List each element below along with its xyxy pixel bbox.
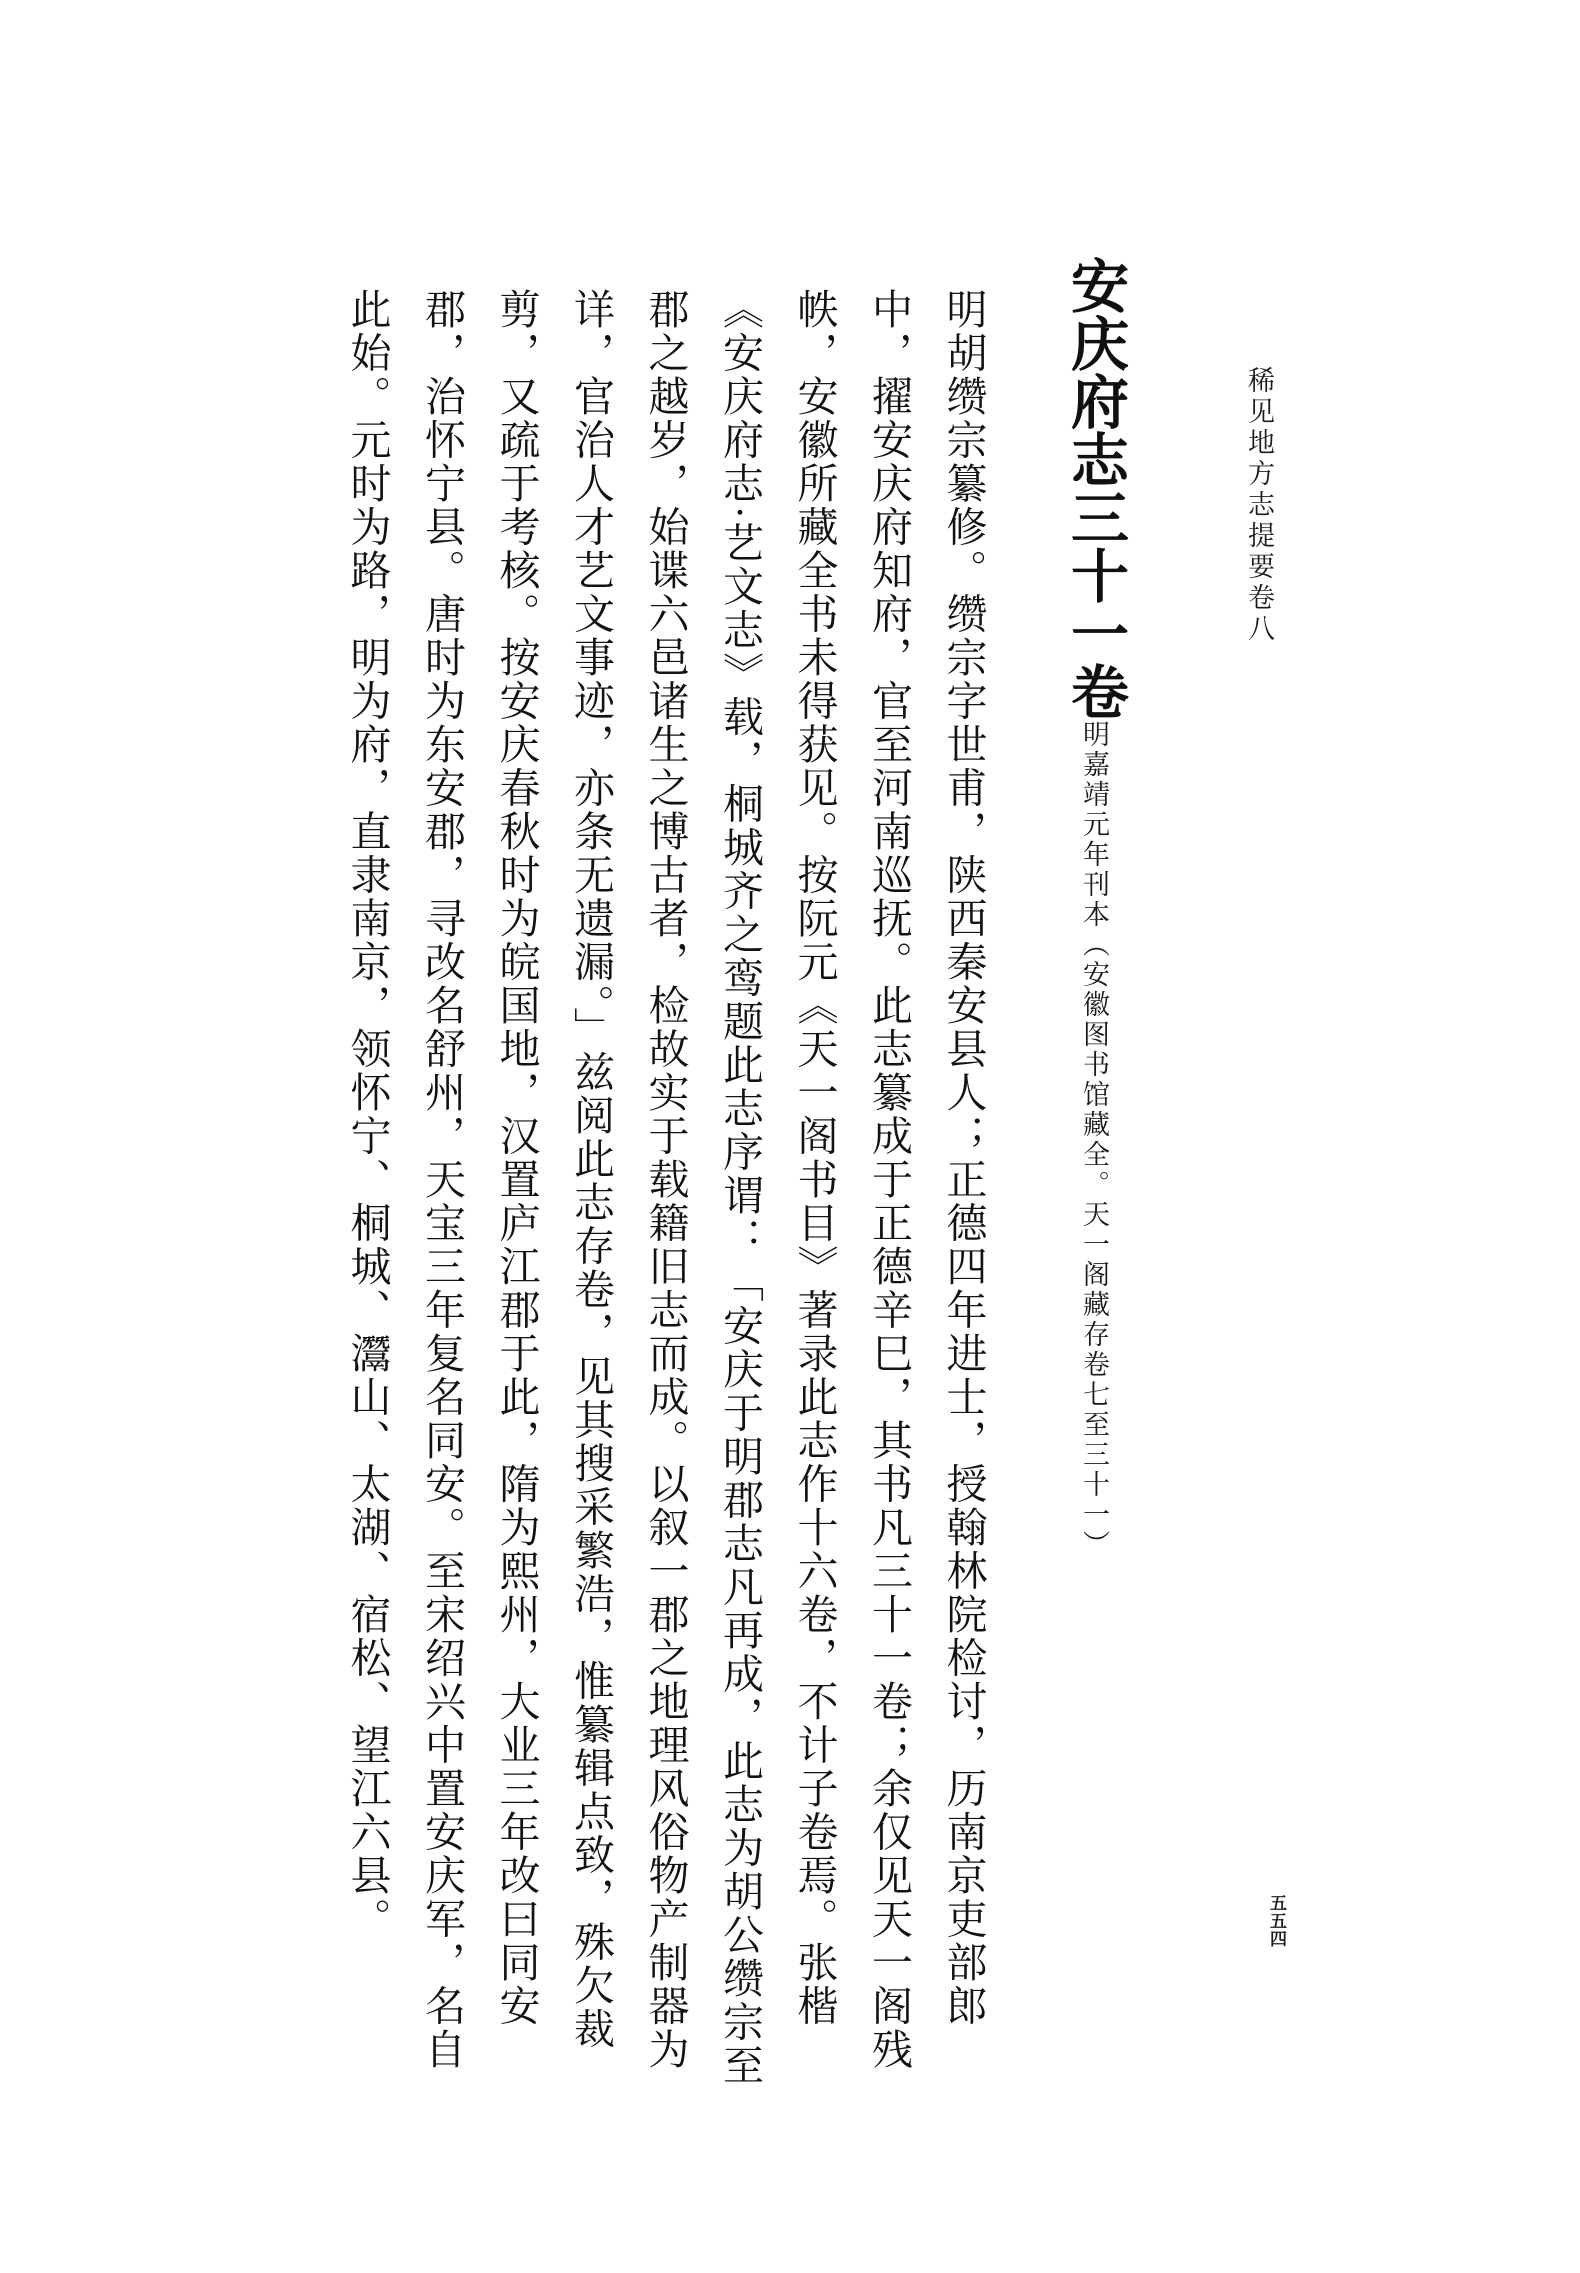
body-column: 郡之越岁，始谍六邑诸生之博古者，检故实于载籍旧志而成。以叙一郡之地理风俗物产制器… [628, 288, 703, 2128]
body-column: 明胡缵宗纂修。缵宗字世甫，陕西秦安县人；正德四年进士，授翰林院检讨，历南京吏部郎 [926, 288, 1001, 2128]
body-column: 详，官治人才艺文事迹，亦条无遗漏。」兹阅此志存卷，见其搜采繁浩，惟纂辑点致，殊欠… [554, 288, 629, 2128]
body-text-block: 明胡缵宗纂修。缵宗字世甫，陕西秦安县人；正德四年进士，授翰林院检讨，历南京吏部郎… [330, 288, 1001, 2128]
body-column: 此始。元时为路，明为府，直隶南京，领怀宁、桐城、灊山、太湖、宿松、望江六县。 [330, 288, 405, 2128]
edition-note: 明嘉靖元年刊本（安徽图书馆藏全。天一阁藏存卷七至三十一） [1079, 720, 1109, 1560]
scanned-book-page: 稀见地方志提要卷八 安庆府志三十一卷明嘉靖元年刊本（安徽图书馆藏全。天一阁藏存卷… [0, 0, 1580, 2273]
body-column: 中，擢安庆府知府，官至河南巡抚。此志纂成于正德辛巳，其书凡三十一卷；余仅见天一阁… [852, 288, 927, 2128]
body-column: 剪，又疏于考核。按安庆春秋时为皖国地，汉置庐江郡于此，隋为熙州，大业三年改曰同安 [479, 288, 554, 2128]
running-head: 稀见地方志提要卷八 [1240, 366, 1279, 645]
body-column: 《安庆府志·艺文志》载，桐城齐之鸾题此志序谓：「安庆于明郡志凡再成，此志为胡公缵… [703, 288, 778, 2128]
body-column: 郡，治怀宁县。唐时为东安郡，寻改名舒州，天宝三年复名同安。至宋绍兴中置安庆军，名… [405, 288, 480, 2128]
entry-title-column: 安庆府志三十一卷明嘉靖元年刊本（安徽图书馆藏全。天一阁藏存卷七至三十一） [1048, 256, 1140, 1560]
folio-page-number: 五五四 [1264, 1894, 1289, 1948]
body-column: 帙，安徽所藏全书未得获见。按阮元《天一阁书目》著录此志作十六卷，不计子卷焉。张楷 [777, 288, 852, 2128]
entry-title: 安庆府志三十一卷 [1062, 256, 1127, 720]
